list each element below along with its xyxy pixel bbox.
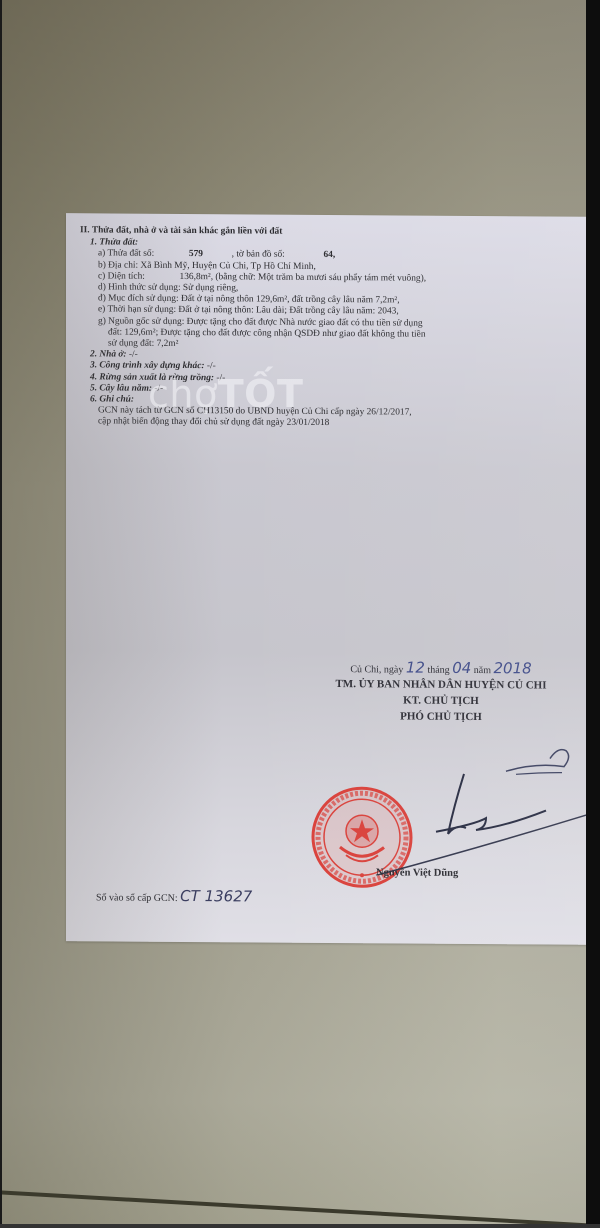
- area-label: c) Diện tích:: [98, 271, 145, 281]
- issue-date: Củ Chi, ngày 12 tháng 04 năm 2018: [296, 658, 586, 678]
- floor-edge: [2, 1190, 586, 1224]
- parcel-label: a) Thửa đất số:: [98, 249, 154, 259]
- registry-number: Số vào sổ cấp GCN: CT 13627: [96, 886, 252, 905]
- signature-block: Củ Chi, ngày 12 tháng 04 năm 2018 TM. ỦY…: [296, 658, 586, 726]
- certificate-page: II. Thửa đất, nhà ở và tài sản khác gắn …: [66, 213, 586, 945]
- org-line-3: PHÓ CHỦ TỊCH: [296, 708, 586, 726]
- frame-edge-bottom: [0, 1224, 600, 1228]
- parcel-number: 579: [189, 249, 203, 259]
- chotot-watermark: chợTỐT: [148, 372, 303, 416]
- area-value: 136,8m², (bằng chữ: Một trăm ba mươi sáu…: [180, 272, 427, 284]
- frame-edge-right: [586, 0, 600, 1228]
- registry-value: CT 13627: [180, 887, 252, 906]
- org-line-1: TM. ỦY BAN NHÂN DÂN HUYỆN CỦ CHI: [296, 676, 586, 694]
- notes-line-2: cập nhật biến động thay đổi chủ sử dụng …: [80, 417, 580, 432]
- issue-year: 2018: [494, 659, 532, 677]
- issue-month: 04: [452, 659, 471, 677]
- registry-label: Số vào sổ cấp GCN:: [96, 892, 178, 904]
- map-number: 64,: [323, 250, 335, 260]
- handwritten-signature: [336, 735, 586, 877]
- signer-name: Nguyễn Việt Dũng: [376, 867, 458, 879]
- issue-day: 12: [406, 659, 425, 677]
- photo-background: II. Thửa đất, nhà ở và tài sản khác gắn …: [2, 0, 586, 1224]
- map-label: , tờ bản đồ số:: [232, 250, 285, 260]
